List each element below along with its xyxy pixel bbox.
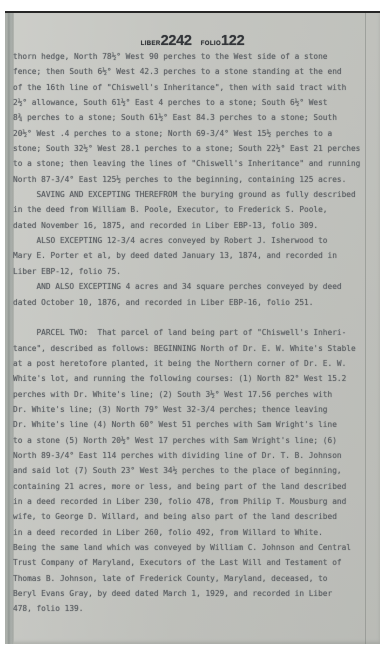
document-line: at a post heretofore planted, it being t… — [13, 356, 378, 371]
document-line: to a stone; then leaving the lines of "C… — [13, 156, 378, 171]
document-line: Beryl Evans Gray, by deed dated March 1,… — [13, 586, 378, 601]
document-line: 20½° West .4 perches to a stone; North 6… — [13, 126, 378, 141]
document-line: in a deed recorded in Liber 260, folio 4… — [13, 525, 378, 540]
document-line: AND ALSO EXCEPTING 4 acres and 34 square… — [13, 279, 378, 294]
document-line: SAVING AND EXCEPTING THEREFROM the buryi… — [13, 187, 378, 202]
document-line: North 87-3/4° East 125½ perches to the b… — [13, 172, 378, 187]
document-line: 8¾ perches to a stone; South 61½° East 8… — [13, 110, 378, 125]
document-line: 2½° allowance, South 61½° East 4 perches… — [13, 95, 378, 110]
document-line: 478, folio 139. — [13, 601, 378, 616]
liber-number: 2242 — [161, 33, 192, 49]
document-line: fence; then South 6½° West 42.3 perches … — [13, 64, 378, 79]
document-line: tance", described as follows: BEGINNING … — [13, 341, 378, 356]
liber-folio-stamp: LIBER2242FOLIO122 — [5, 32, 380, 50]
document-line: of the 16th line of "Chiswell's Inherita… — [13, 80, 378, 95]
document-line: and said lot (7) South 23° West 34½ perc… — [13, 463, 378, 478]
folio-label: FOLIO — [201, 41, 221, 47]
document-line: dated November 16, 1875, and recorded in… — [13, 218, 378, 233]
document-line: Dr. White's line (4) North 60° West 51 p… — [13, 417, 378, 432]
liber-label: LIBER — [141, 41, 161, 47]
document-line: PARCEL TWO: That parcel of land being pa… — [13, 325, 378, 340]
folio-number: 122 — [221, 33, 244, 49]
document-line: thorn hedge, North 78½° West 90 perches … — [13, 49, 378, 64]
deed-text-block: thorn hedge, North 78½° West 90 perches … — [13, 49, 378, 617]
document-line: stone; South 32½° West 28.1 perches to a… — [13, 141, 378, 156]
document-line: Thomas B. Johnson, late of Frederick Cou… — [13, 571, 378, 586]
document-line: to a stone (5) North 20½° West 17 perche… — [13, 433, 378, 448]
document-line — [13, 310, 378, 325]
document-line: North 89-3/4° East 114 perches with divi… — [13, 448, 378, 463]
document-line: White's lot, and running the following c… — [13, 371, 378, 386]
document-line: Being the same land which was conveyed b… — [13, 540, 378, 555]
document-line: perches with Dr. White's line; (2) South… — [13, 387, 378, 402]
document-line: Mary E. Porter et al, by deed dated Janu… — [13, 248, 378, 263]
document-line: in a deed recorded in Liber 230, folio 4… — [13, 494, 378, 509]
document-line: ALSO EXCEPTING 12-3/4 acres conveyed by … — [13, 233, 378, 248]
document-line: Dr. White's line; (3) North 79° West 32-… — [13, 402, 378, 417]
document-line: in the deed from William B. Poole, Execu… — [13, 202, 378, 217]
document-line: dated October 10, 1876, and recorded in … — [13, 295, 378, 310]
document-line: Liber EBP-12, folio 75. — [13, 264, 378, 279]
document-line: containing 21 acres, more or less, and b… — [13, 479, 378, 494]
scanned-deed-page: LIBER2242FOLIO122 thorn hedge, North 78½… — [0, 0, 380, 650]
paper-scan: LIBER2242FOLIO122 thorn hedge, North 78½… — [5, 13, 380, 644]
document-line: wife, to George D. Willard, and being al… — [13, 509, 378, 524]
document-line: Trust Company of Maryland, Executors of … — [13, 555, 378, 570]
